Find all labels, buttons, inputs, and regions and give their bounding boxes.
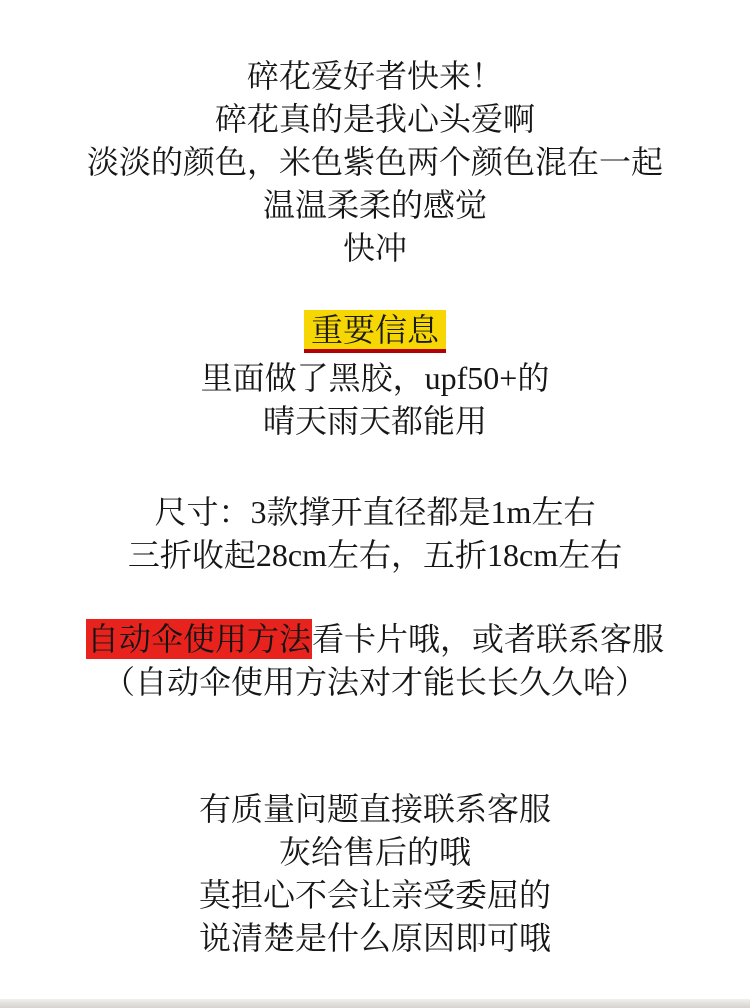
- usage-highlight: 自动伞使用方法: [86, 619, 312, 659]
- next-image-edge: [0, 999, 750, 1008]
- aftersale-line-4: 说清楚是什么原因即可哦: [0, 917, 750, 960]
- intro-section: 碎花爱好者快来！ 碎花真的是我心头爱啊 淡淡的颜色，米色紫色两个颜色混在一起 温…: [0, 0, 750, 270]
- usage-section: 自动伞使用方法看卡片哦，或者联系客服 （自动伞使用方法对才能长长久久哈）: [0, 618, 750, 704]
- intro-line-1: 碎花爱好者快来！: [0, 55, 750, 98]
- important-line-1: 里面做了黑胶，upf50+的: [0, 357, 750, 400]
- important-heading-line: 重要信息: [0, 309, 750, 352]
- usage-note-line: （自动伞使用方法对才能长长久久哈）: [0, 661, 750, 704]
- important-line-2: 晴天雨天都能用: [0, 400, 750, 443]
- important-info-section: 重要信息 里面做了黑胶，upf50+的 晴天雨天都能用: [0, 309, 750, 443]
- usage-line: 自动伞使用方法看卡片哦，或者联系客服: [0, 618, 750, 661]
- aftersale-line-3: 莫担心不会让亲受委屈的: [0, 874, 750, 917]
- intro-line-2: 碎花真的是我心头爱啊: [0, 98, 750, 141]
- important-heading-highlight: 重要信息: [304, 310, 446, 353]
- aftersale-section: 有质量问题直接联系客服 灰给售后的哦 莫担心不会让亲受委屈的 说清楚是什么原因即…: [0, 788, 750, 960]
- product-description-page: 碎花爱好者快来！ 碎花真的是我心头爱啊 淡淡的颜色，米色紫色两个颜色混在一起 温…: [0, 0, 750, 1008]
- intro-line-3: 淡淡的颜色，米色紫色两个颜色混在一起: [0, 141, 750, 184]
- aftersale-line-2: 灰给售后的哦: [0, 831, 750, 874]
- intro-line-5: 快冲: [0, 227, 750, 270]
- size-section: 尺寸：3款撑开直径都是1m左右 三折收起28cm左右，五折18cm左右: [0, 491, 750, 577]
- intro-line-4: 温温柔柔的感觉: [0, 184, 750, 227]
- aftersale-line-1: 有质量问题直接联系客服: [0, 788, 750, 831]
- size-line-2: 三折收起28cm左右，五折18cm左右: [0, 534, 750, 577]
- size-line-1: 尺寸：3款撑开直径都是1m左右: [0, 491, 750, 534]
- usage-rest-text: 看卡片哦，或者联系客服: [312, 621, 664, 657]
